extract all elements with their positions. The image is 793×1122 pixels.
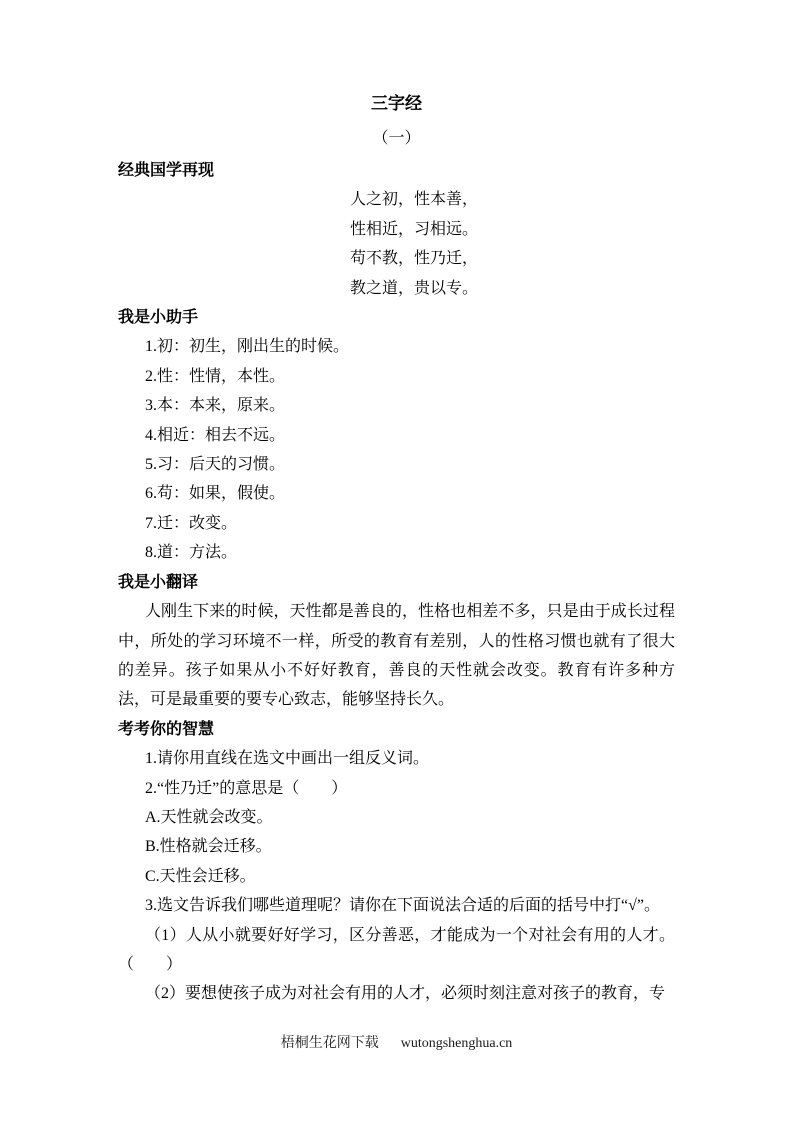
vocab-note: 4.相近：相去不远。 [118, 421, 675, 450]
section-heading-classic: 经典国学再现 [118, 156, 675, 185]
section-quiz: 考考你的智慧 1.请你用直线在选文中画出一组反义词。 2.“性乃迁”的意思是（ … [118, 715, 675, 1009]
quiz-statement-1: （1）人从小就要好好学习，区分善恶，才能成为一个对社会有用的人才。（ ） [118, 921, 675, 980]
poem-line: 人之初，性本善， [350, 185, 675, 214]
vocab-note: 2.性：性情，本性。 [118, 362, 675, 391]
translation-paragraph: 人刚生下来的时候，天性都是善良的，性格也相差不多，只是由于成长过程中，所处的学习… [118, 597, 675, 715]
page-footer: 梧桐生花网下载 wutongshenghua.cn [0, 1033, 793, 1055]
poem-line: 性相近，习相远。 [350, 215, 675, 244]
section-heading-helper: 我是小助手 [118, 303, 675, 332]
page-subtitle: （一） [118, 122, 675, 156]
section-classic-text: 经典国学再现 人之初，性本善， 性相近，习相远。 苟不教，性乃迁， 教之道，贵以… [118, 156, 675, 303]
vocab-note: 5.习：后天的习惯。 [118, 450, 675, 479]
quiz-statement-2: （2）要想使孩子成为对社会有用的人才，必须时刻注意对孩子的教育，专 [118, 979, 675, 1008]
section-translation: 我是小翻译 人刚生下来的时候，天性都是善良的，性格也相差不多，只是由于成长过程中… [118, 568, 675, 715]
quiz-option-c: C.天性会迁移。 [118, 862, 675, 891]
section-heading-translation: 我是小翻译 [118, 568, 675, 597]
vocab-note: 7.迁：改变。 [118, 509, 675, 538]
quiz-question-1: 1.请你用直线在选文中画出一组反义词。 [118, 744, 675, 773]
vocab-note: 6.苟：如果，假使。 [118, 479, 675, 508]
quiz-option-a: A.天性就会改变。 [118, 803, 675, 832]
footer-site-name: 梧桐生花网下载 [281, 1033, 379, 1055]
footer-site-url: wutongshenghua.cn [401, 1033, 513, 1055]
vocab-note: 1.初：初生，刚出生的时候。 [118, 332, 675, 361]
section-heading-quiz: 考考你的智慧 [118, 715, 675, 744]
quiz-question-2: 2.“性乃迁”的意思是（ ） [118, 774, 675, 803]
section-vocabulary-notes: 我是小助手 1.初：初生，刚出生的时候。 2.性：性情，本性。 3.本：本来，原… [118, 303, 675, 568]
poem-line: 教之道，贵以专。 [350, 274, 675, 303]
worksheet-page: 三字经 （一） 经典国学再现 人之初，性本善， 性相近，习相远。 苟不教，性乃迁… [0, 0, 793, 1122]
quiz-option-b: B.性格就会迁移。 [118, 832, 675, 861]
vocab-note: 8.道：方法。 [118, 538, 675, 567]
page-title: 三字经 [118, 86, 675, 122]
vocab-note: 3.本：本来，原来。 [118, 391, 675, 420]
poem-line: 苟不教，性乃迁， [350, 244, 675, 273]
quiz-question-3: 3.选文告诉我们哪些道理呢？请你在下面说法合适的后面的括号中打“√”。 [118, 891, 675, 920]
